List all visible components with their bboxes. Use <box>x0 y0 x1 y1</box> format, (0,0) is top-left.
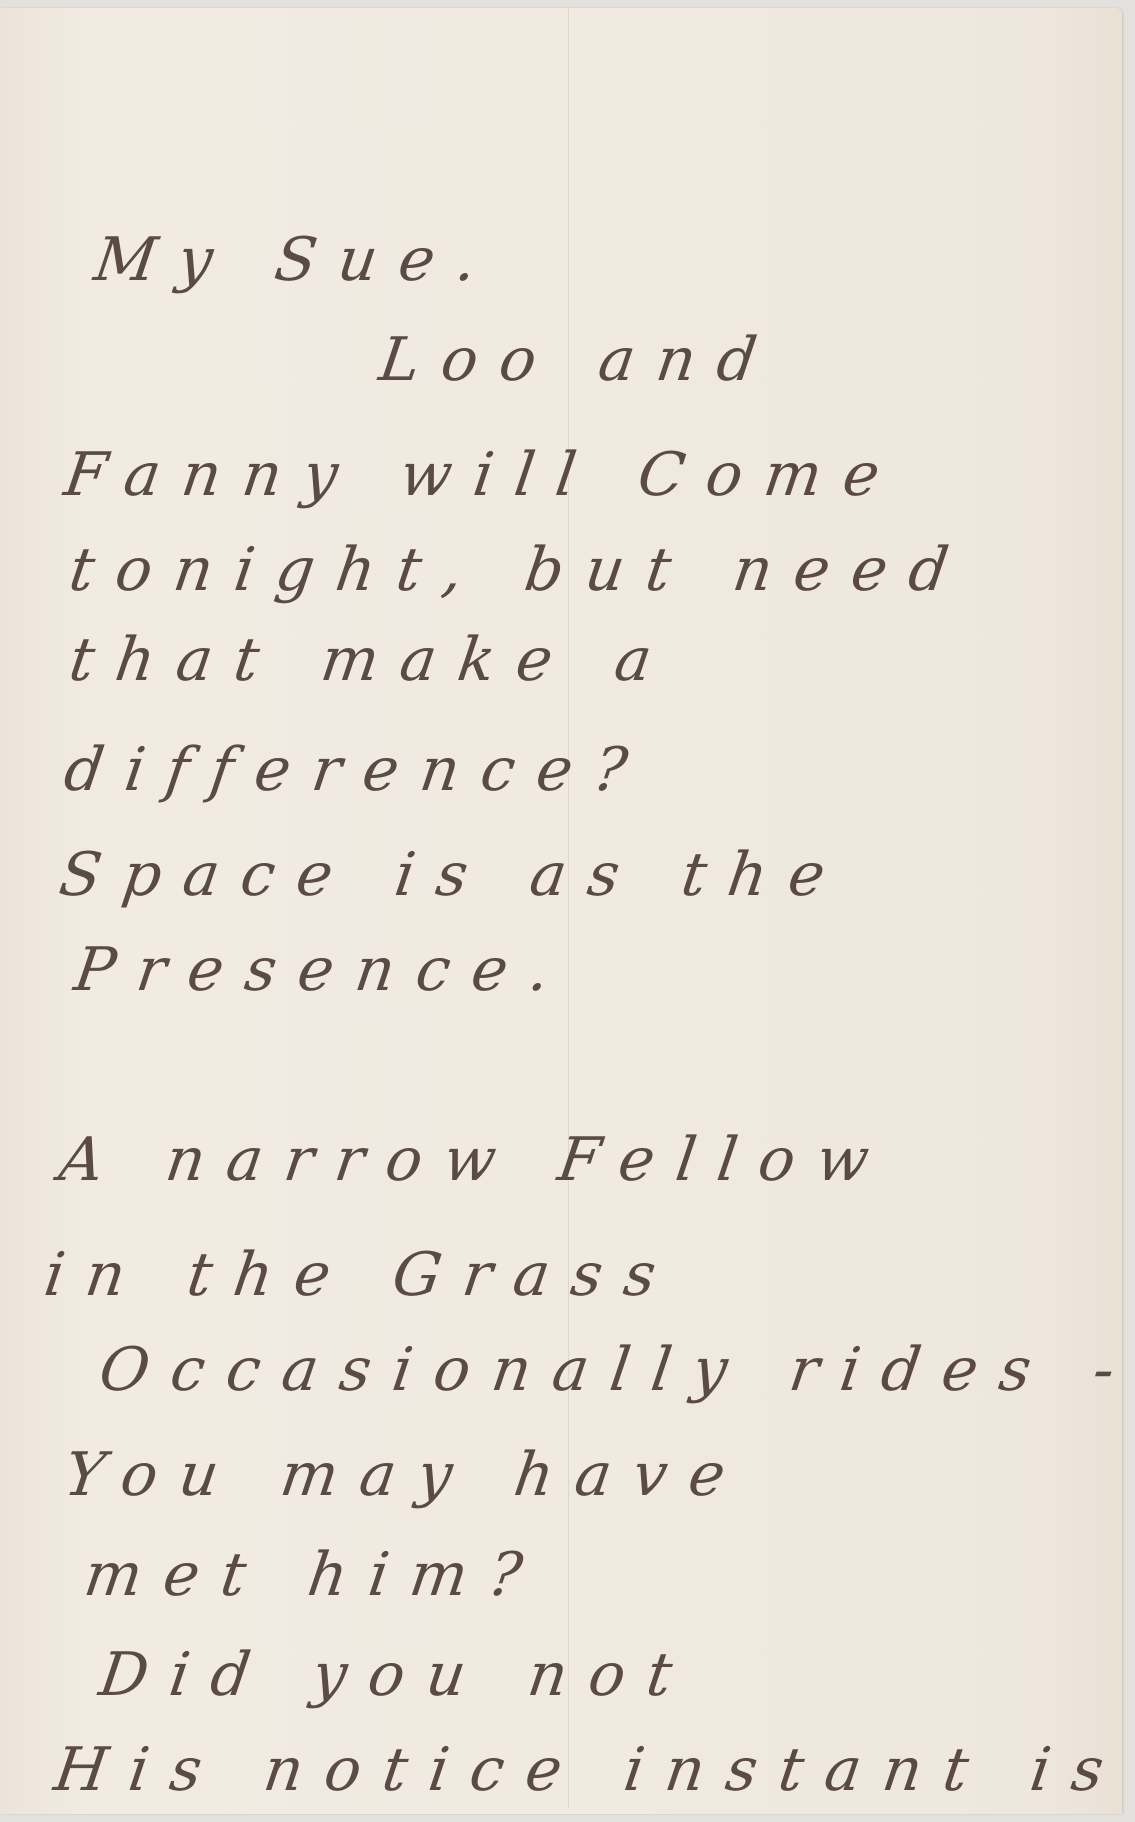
handwritten-line: Did you not <box>95 1640 698 1710</box>
handwritten-line: Presence. <box>70 935 576 1005</box>
handwritten-line: My Sue. <box>90 225 503 295</box>
handwritten-line: tonight, but need <box>65 535 975 605</box>
handwritten-line: in the Grass <box>40 1240 682 1310</box>
handwritten-line: His notice instant is - <box>50 1735 1135 1805</box>
handwritten-line: You may have <box>60 1440 752 1510</box>
handwritten-line: A narrow Fellow <box>55 1125 895 1195</box>
handwritten-line: Space is as the <box>55 840 851 910</box>
handwritten-line: Fanny will Come <box>60 440 906 510</box>
handwritten-line: Occasionally rides - <box>95 1335 1135 1405</box>
handwritten-line: met him? <box>80 1540 548 1610</box>
handwritten-line: that make a <box>65 625 678 695</box>
handwritten-line: Loo and <box>375 325 783 395</box>
handwritten-line: difference? <box>60 735 653 805</box>
